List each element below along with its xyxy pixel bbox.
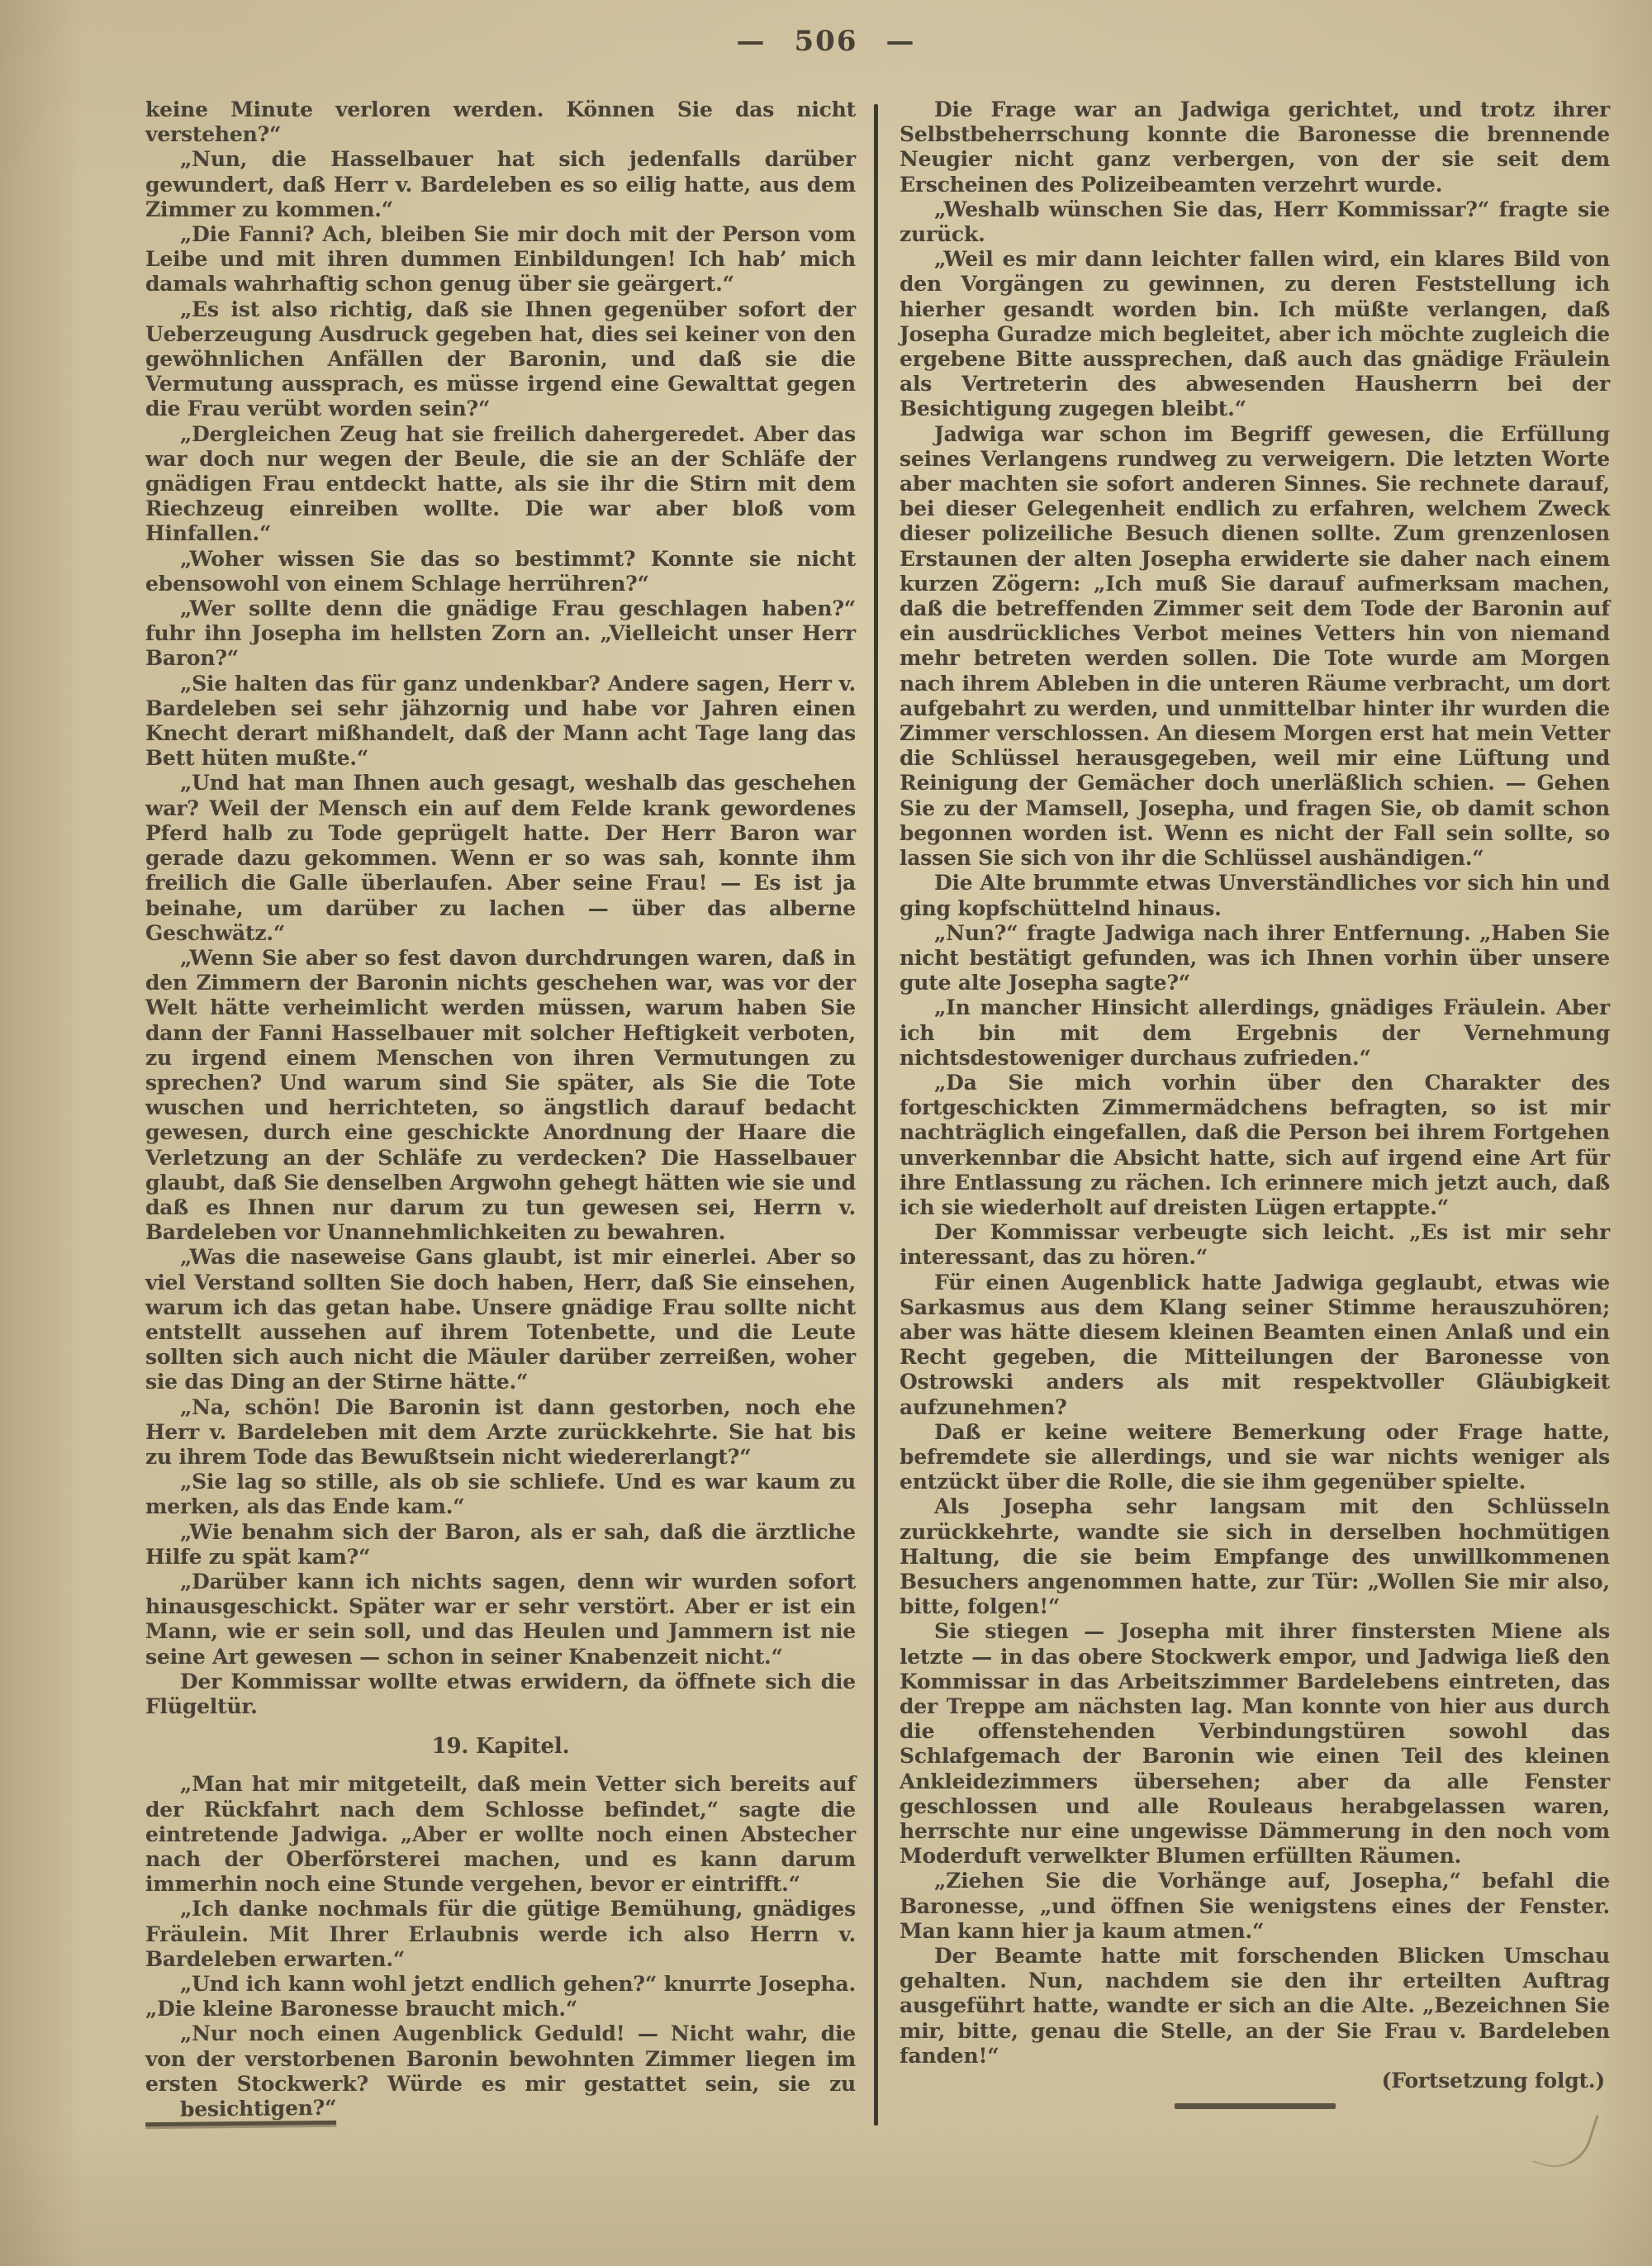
end-rule	[1175, 2103, 1336, 2109]
paragraph: Die Alte brummte etwas Unverständliches …	[900, 871, 1610, 920]
paragraph: „Nun?“ fragte Jadwiga nach ihrer Entfern…	[900, 921, 1610, 996]
left-column: keine Minute verloren werden. Können Sie…	[145, 97, 856, 2126]
paragraph: keine Minute verloren werden. Können Sie…	[145, 97, 856, 147]
smudged-underlined-word: besichtigen?“	[145, 2096, 337, 2127]
paragraph: Daß er keine weitere Bemerkung oder Frag…	[900, 1420, 1610, 1495]
paragraph: „Und ich kann wohl jetzt endlich gehen?“…	[145, 1972, 856, 2021]
paragraph: „Ziehen Sie die Vorhänge auf, Josepha,“ …	[900, 1869, 1610, 1944]
paragraph: „Nun, die Hasselbauer hat sich jedenfall…	[145, 147, 856, 222]
page-number-header: —506—	[0, 25, 1652, 58]
paragraph: „Wer sollte denn die gnädige Frau geschl…	[145, 596, 856, 672]
paragraph: „Woher wissen Sie das so bestimmt? Konnt…	[145, 547, 856, 596]
paragraph: „Wie benahm sich der Baron, als er sah, …	[145, 1520, 856, 1570]
paragraph-text: „Nur noch einen Augenblick Geduld! — Nic…	[145, 2021, 856, 2095]
paragraph: „Es ist also richtig, daß sie Ihnen gege…	[145, 297, 856, 422]
paragraph: Als Josepha sehr langsam mit den Schlüss…	[900, 1494, 1610, 1619]
paragraph: „Sie lag so stille, als ob sie schliefe.…	[145, 1470, 856, 1519]
paragraph: Der Kommissar wollte etwas erwidern, da …	[145, 1670, 856, 1719]
paragraph: „Weil es mir dann leichter fallen wird, …	[900, 247, 1610, 421]
paragraph: „Und hat man Ihnen auch gesagt, weshalb …	[145, 771, 856, 945]
paragraph: „Die Fanni? Ach, bleiben Sie mir doch mi…	[145, 222, 856, 297]
page-number: 506	[795, 25, 858, 58]
header-right-dash: —	[885, 25, 915, 58]
paragraph: „Da Sie mich vorhin über den Charakter d…	[900, 1071, 1610, 1220]
newspaper-page: —506— keine Minute verloren werden. Könn…	[0, 0, 1652, 2266]
paragraph: Der Kommissar verbeugte sich leicht. „Es…	[900, 1220, 1610, 1270]
paragraph: „Darüber kann ich nichts sagen, denn wir…	[145, 1570, 856, 1670]
paragraph: „Was die naseweise Gans glaubt, ist mir …	[145, 1245, 856, 1394]
paragraph: „Wenn Sie aber so fest davon durchdrunge…	[145, 946, 856, 1245]
paragraph: „Ich danke nochmals für die gütige Bemüh…	[145, 1897, 856, 1972]
right-column: Die Frage war an Jadwiga gerichtet, und …	[900, 97, 1610, 2126]
chapter-heading: 19. Kapitel.	[145, 1734, 856, 1759]
paragraph: Sie stiegen — Josepha mit ihrer finsters…	[900, 1619, 1610, 1869]
paragraph: „Nur noch einen Augenblick Geduld! — Nic…	[145, 2021, 856, 2126]
paragraph: „Weshalb wünschen Sie das, Herr Kommissa…	[900, 197, 1610, 247]
paragraph: Für einen Augenblick hatte Jadwiga gegla…	[900, 1271, 1610, 1420]
paragraph: „In mancher Hinsicht allerdings, gnädige…	[900, 995, 1610, 1071]
paragraph: „Dergleichen Zeug hat sie freilich daher…	[145, 422, 856, 547]
continuation-note: (Fortsetzung folgt.)	[900, 2069, 1605, 2093]
paragraph: „Sie halten das für ganz undenkbar? Ande…	[145, 672, 856, 772]
paragraph: Jadwiga war schon im Begriff gewesen, di…	[900, 422, 1610, 872]
column-divider	[874, 104, 878, 2126]
two-column-text-area: keine Minute verloren werden. Können Sie…	[145, 97, 1610, 2126]
paragraph: „Man hat mir mitgeteilt, daß mein Vetter…	[145, 1772, 856, 1897]
paragraph: „Na, schön! Die Baronin ist dann gestorb…	[145, 1395, 856, 1470]
paragraph: Die Frage war an Jadwiga gerichtet, und …	[900, 97, 1610, 197]
paragraph: Der Beamte hatte mit forschenden Blicken…	[900, 1944, 1610, 2069]
header-left-dash: —	[737, 25, 767, 58]
